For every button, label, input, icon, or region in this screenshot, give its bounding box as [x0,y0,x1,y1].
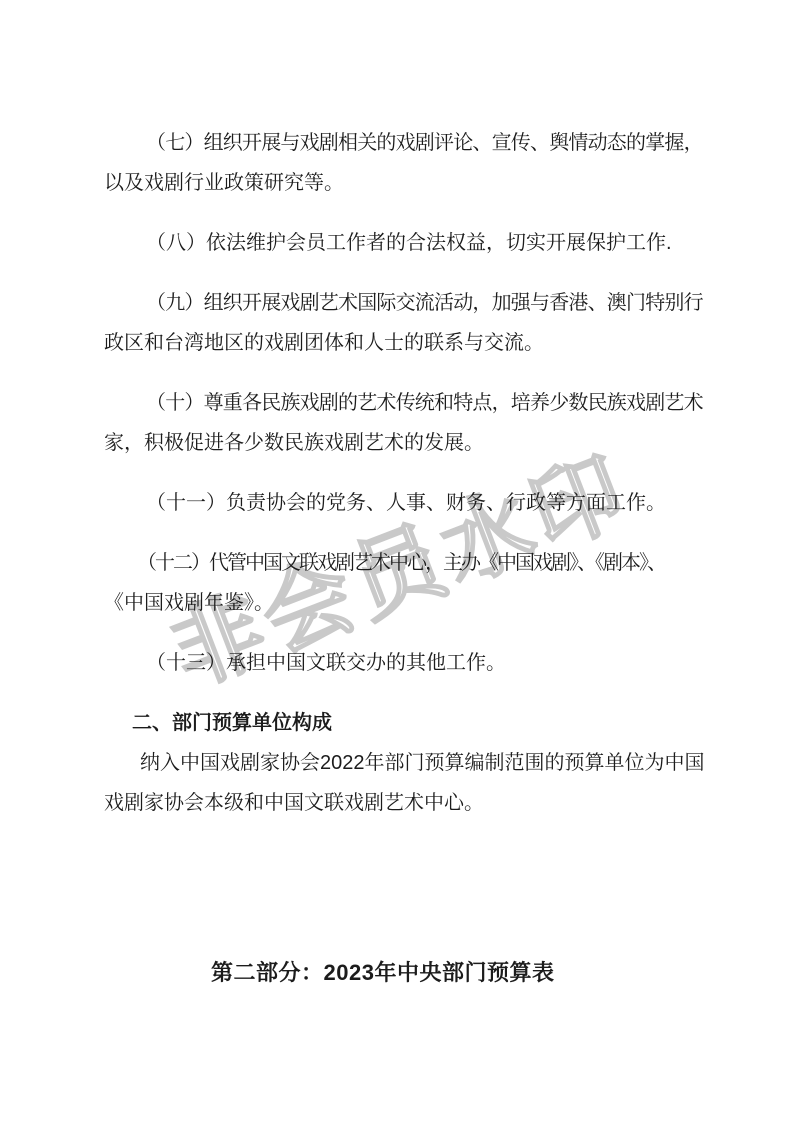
text-line: （九）组织开展戏剧艺术国际交流活动，加强与香港、澳门特别行 [104,283,700,323]
document-page: 非会员水印 （七）组织开展与戏剧相关的戏剧评论、宣传、舆情动态的掌握， 以及戏剧… [0,0,794,1122]
list-item-8: （八）依法维护会员工作者的合法权益，切实开展保护工作. [104,223,700,263]
text-line: （十）尊重各民族戏剧的艺术传统和特点，培养少数民族戏剧艺术 [104,383,700,423]
text-line: 以及戏剧行业政策研究等。 [104,163,700,203]
text-line: （十三）承担中国文联交办的其他工作。 [104,643,700,683]
list-item-10: （十）尊重各民族戏剧的艺术传统和特点，培养少数民族戏剧艺术 家，积极促进各少数民… [104,383,700,463]
part-title: 第二部分：2023年中央部门预算表 [104,953,700,993]
list-item-11: （十一）负责协会的党务、人事、财务、行政等方面工作。 [104,483,700,523]
list-item-13: （十三）承担中国文联交办的其他工作。 [104,643,700,683]
text-line: （七）组织开展与戏剧相关的戏剧评论、宣传、舆情动态的掌握， [104,123,700,163]
section-paragraph: 纳入中国戏剧家协会2022年部门预算编制范围的预算单位为中国 戏剧家协会本级和中… [104,743,700,823]
list-item-9: （九）组织开展戏剧艺术国际交流活动，加强与香港、澳门特别行 政区和台湾地区的戏剧… [104,283,700,363]
section-heading: 二、部门预算单位构成 [104,703,700,743]
document-content: （七）组织开展与戏剧相关的戏剧评论、宣传、舆情动态的掌握， 以及戏剧行业政策研究… [104,123,700,993]
text-line: 《中国戏剧年鉴》。 [104,583,700,623]
text-line: 纳入中国戏剧家协会2022年部门预算编制范围的预算单位为中国 [104,743,700,783]
text-line: 家，积极促进各少数民族戏剧艺术的发展。 [104,423,700,463]
list-item-7: （七）组织开展与戏剧相关的戏剧评论、宣传、舆情动态的掌握， 以及戏剧行业政策研究… [104,123,700,203]
text-line: （十一）负责协会的党务、人事、财务、行政等方面工作。 [104,483,700,523]
text-line: （八）依法维护会员工作者的合法权益，切实开展保护工作. [104,223,700,263]
text-line: （十二）代管中国文联戏剧艺术中心，主办《中国戏剧》、《剧本》、 [104,543,700,583]
list-item-12: （十二）代管中国文联戏剧艺术中心，主办《中国戏剧》、《剧本》、 《中国戏剧年鉴》… [104,543,700,623]
text-line: 戏剧家协会本级和中国文联戏剧艺术中心。 [104,783,700,823]
text-line: 政区和台湾地区的戏剧团体和人士的联系与交流。 [104,323,700,363]
